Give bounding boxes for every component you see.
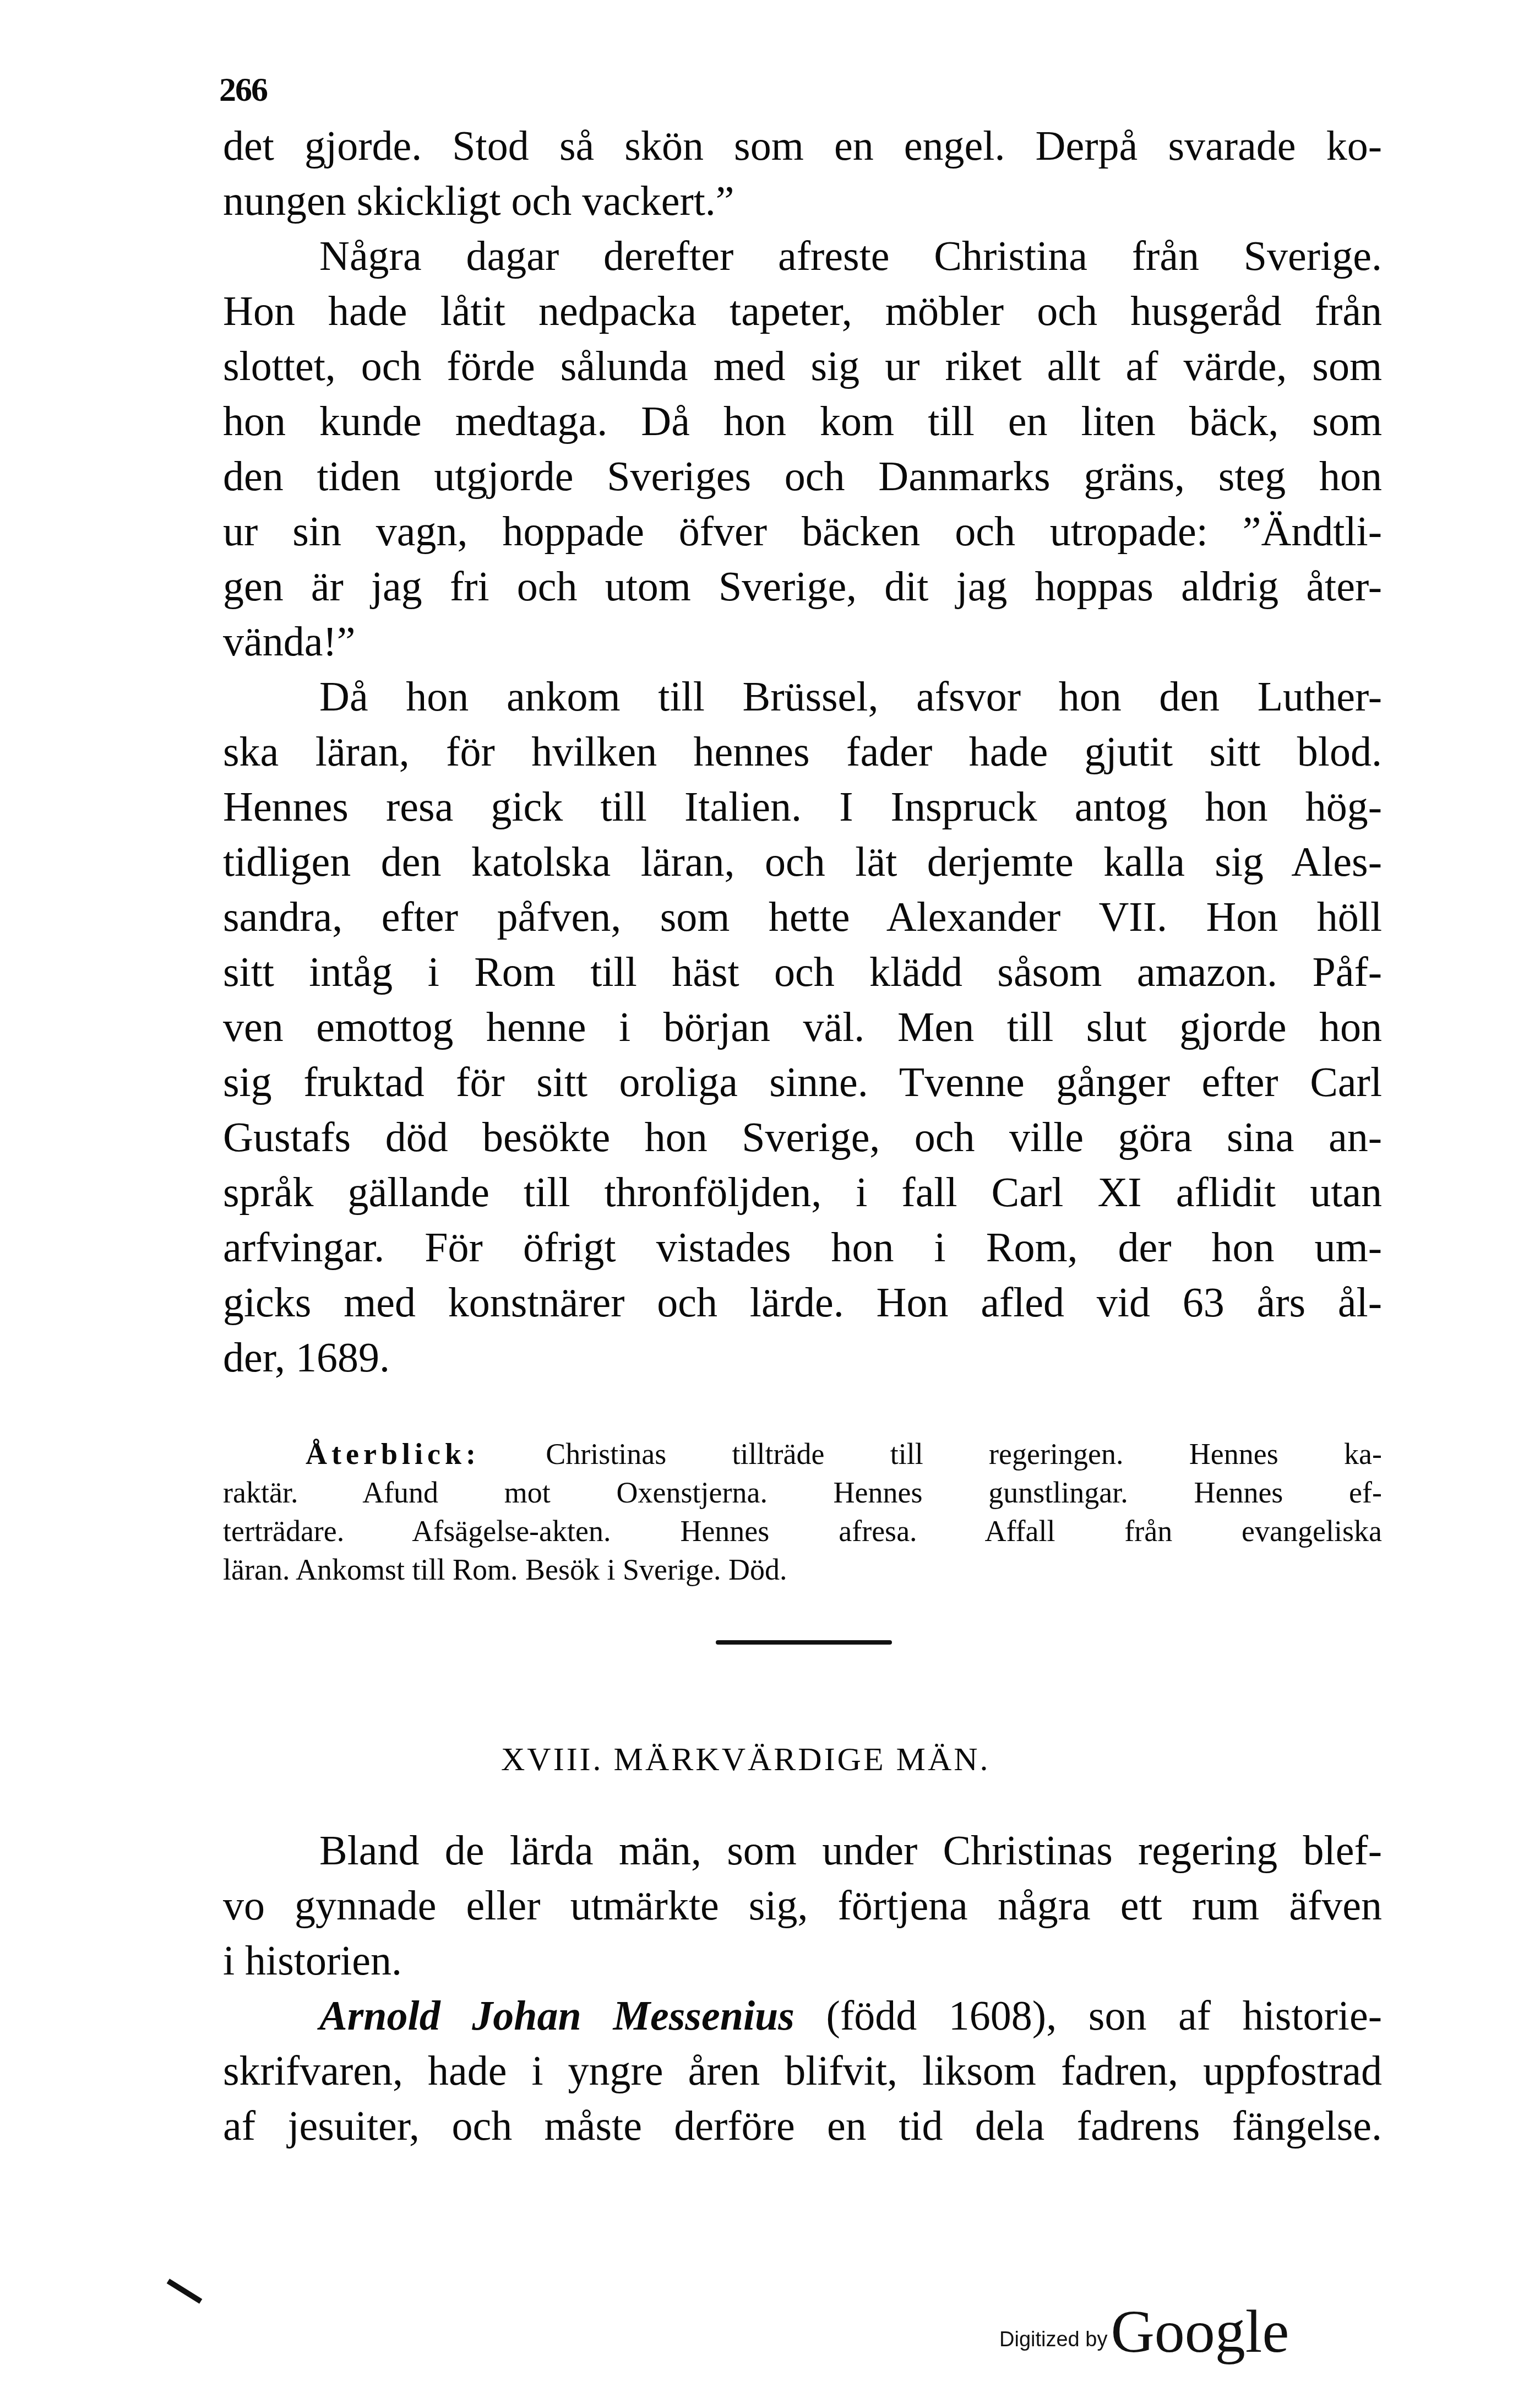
text-line: slottet, och förde sålunda med sig ur ri… xyxy=(223,339,1382,394)
digitized-watermark: Digitized byGoogle xyxy=(999,2297,1289,2367)
chapter-summary: Återblick: Christinas tillträde till reg… xyxy=(223,1435,1382,1589)
text-line: vända!” xyxy=(223,614,1382,669)
summary-line: Återblick: Christinas tillträde till reg… xyxy=(223,1435,1382,1473)
chapter-heading: XVIII. MÄRKVÄRDIGE MÄN. xyxy=(501,1740,991,1778)
page-number: 266 xyxy=(219,70,267,110)
text-line: Hennes resa gick till Italien. I Inspruc… xyxy=(223,779,1382,834)
narrative-section: det gjorde. Stod så skön som en engel. D… xyxy=(223,118,1382,1385)
text-line: den tiden utgjorde Sveriges och Danmarks… xyxy=(223,449,1382,504)
person-name: Arnold Johan Messenius xyxy=(319,1993,795,2039)
scan-mark xyxy=(167,2279,203,2304)
text-line: nungen skickligt och vackert.” xyxy=(223,173,1382,229)
google-logo: Google xyxy=(1111,2298,1289,2365)
text-line: tidligen den katolska läran, och lät der… xyxy=(223,834,1382,889)
text-line: arfvingar. För öfrigt vistades hon i Rom… xyxy=(223,1220,1382,1275)
text-line: det gjorde. Stod så skön som en engel. D… xyxy=(223,118,1382,173)
text-line: Hon hade låtit nedpacka tapeter, möbler … xyxy=(223,284,1382,339)
text-line: Bland de lärda män, som under Christinas… xyxy=(223,1823,1382,1878)
text-line: ven emottog henne i början väl. Men till… xyxy=(223,1000,1382,1055)
summary-line: raktär. Afund mot Oxenstjerna. Hennes gu… xyxy=(223,1473,1382,1512)
text-line: Gustafs död besökte hon Sverige, och vil… xyxy=(223,1110,1382,1165)
text-line: sitt intåg i Rom till häst och klädd sås… xyxy=(223,945,1382,1000)
summary-line: terträdare. Afsägelse-akten. Hennes afre… xyxy=(223,1512,1382,1550)
summary-label: Återblick: xyxy=(306,1438,480,1471)
text-line: ska läran, för hvilken hennes fader hade… xyxy=(223,724,1382,779)
text-line: i historien. xyxy=(223,1933,1382,1988)
text-line: der, 1689. xyxy=(223,1330,1382,1385)
text-line: Några dagar derefter afreste Christina f… xyxy=(223,229,1382,284)
summary-line: läran. Ankomst till Rom. Besök i Sverige… xyxy=(223,1550,1382,1589)
text-line: hon kunde medtaga. Då hon kom till en li… xyxy=(223,394,1382,449)
text-line: gen är jag fri och utom Sverige, dit jag… xyxy=(223,559,1382,614)
summary-text: Christinas tillträde till regeringen. He… xyxy=(480,1438,1382,1471)
text-line: af jesuiter, och måste derföre en tid de… xyxy=(223,2098,1382,2154)
text-line: sandra, efter påfven, som hette Alexande… xyxy=(223,889,1382,945)
text-line: skrifvaren, hade i yngre åren blifvit, l… xyxy=(223,2043,1382,2098)
text-line: sig fruktad för sitt oroliga sinne. Tven… xyxy=(223,1055,1382,1110)
text-line: språk gällande till thronföljden, i fall… xyxy=(223,1165,1382,1220)
text-line: Då hon ankom till Brüssel, afsvor hon de… xyxy=(223,669,1382,724)
text-line: gicks med konstnärer och lärde. Hon afle… xyxy=(223,1275,1382,1330)
section-divider xyxy=(716,1640,892,1645)
text-line: Arnold Johan Messenius (född 1608), son … xyxy=(223,1988,1382,2043)
chapter-body: Bland de lärda män, som under Christinas… xyxy=(223,1823,1382,2154)
text-line: vo gynnade eller utmärkte sig, förtjena … xyxy=(223,1878,1382,1933)
person-intro: (född 1608), son af historie- xyxy=(795,1993,1382,2039)
digitized-label: Digitized by xyxy=(999,2328,1107,2351)
text-line: ur sin vagn, hoppade öfver bäcken och ut… xyxy=(223,504,1382,559)
